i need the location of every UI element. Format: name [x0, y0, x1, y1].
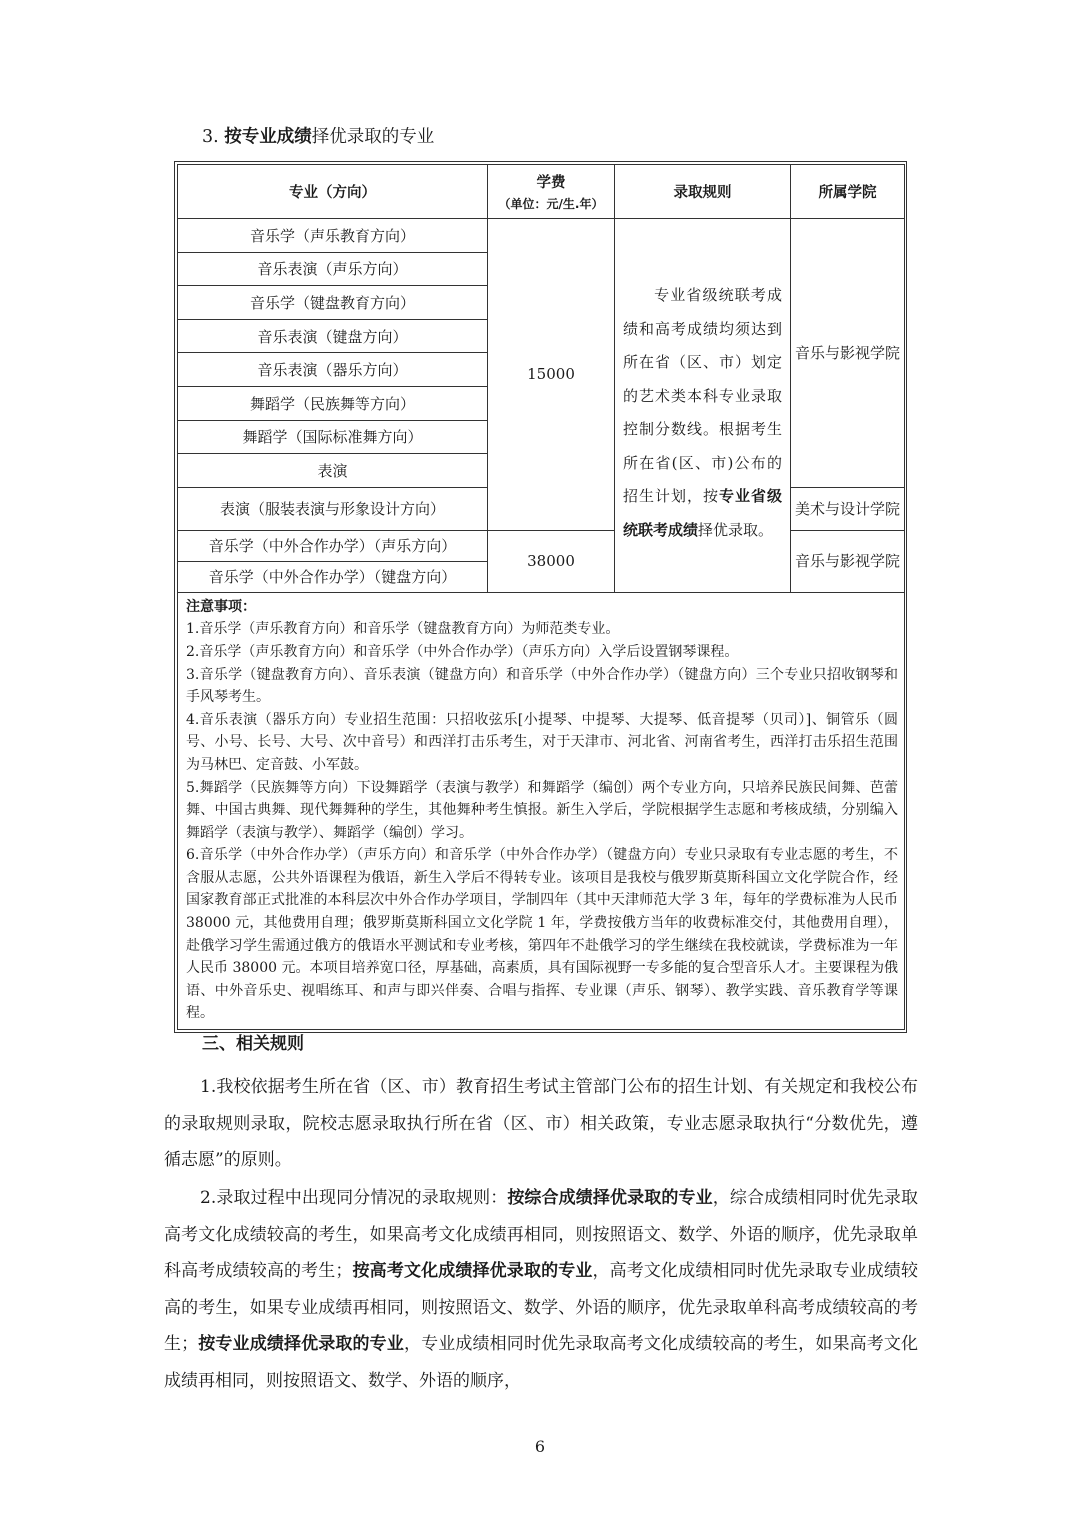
section-title-rest: 择优录取的专业 [312, 127, 435, 147]
major-cell: 舞蹈学（民族舞等方向） [178, 386, 488, 420]
note-item: 2.音乐学（声乐教育方向）和音乐学（中外合作办学）（声乐方向）入学后设置钢琴课程… [186, 641, 898, 664]
notes-row: 注意事项： 1.音乐学（声乐教育方向）和音乐学（键盘教育方向）为师范类专业。 2… [178, 592, 905, 1029]
header-fee-label: 学费 [537, 175, 566, 191]
rule-cell: 专业省级统联考成绩和高考成绩均须达到所在省（区、市）划定的艺术类本科专业录取控制… [615, 219, 791, 593]
major-cell: 音乐表演（键盘方向） [178, 319, 488, 353]
college-cell: 美术与设计学院 [791, 487, 905, 530]
admission-table: 专业（方向） 学费（单位：元/生.年） 录取规则 所属学院 音乐学（声乐教育方向… [177, 164, 905, 1030]
header-college: 所属学院 [791, 165, 905, 219]
note-item: 5.舞蹈学（民族舞等方向）下设舞蹈学（表演与教学）和舞蹈学（编创）两个专业方向，… [186, 777, 898, 845]
major-cell: 表演 [178, 454, 488, 488]
rules-paragraph-1: 1.我校依据考生所在省（区、市）教育招生考试主管部门公布的招生计划、有关规定和我… [164, 1069, 918, 1179]
rules-heading: 三、相关规则 [202, 1031, 304, 1057]
header-rule: 录取规则 [615, 165, 791, 219]
p2-bold-2: 按高考文化成绩择优录取的专业 [352, 1261, 592, 1281]
table-row: 音乐学（中外合作办学）（声乐方向） 38000 音乐与影视学院 [178, 530, 905, 561]
major-cell: 音乐学（中外合作办学）（键盘方向） [178, 561, 488, 592]
note-item: 4.音乐表演（器乐方向）专业招生范围：只招收弦乐[小提琴、中提琴、大提琴、低音提… [186, 709, 898, 777]
notes-heading: 注意事项： [186, 596, 898, 619]
college-cell: 音乐与影视学院 [791, 530, 905, 592]
table-header-row: 专业（方向） 学费（单位：元/生.年） 录取规则 所属学院 [178, 165, 905, 219]
rules-paragraph-2: 2.录取过程中出现同分情况的录取规则：按综合成绩择优录取的专业，综合成绩相同时优… [164, 1180, 918, 1399]
section-number: 3. [202, 127, 219, 147]
section-title: 3. 按专业成绩择优录取的专业 [202, 124, 434, 150]
fee-cell: 38000 [488, 530, 615, 592]
p2-text-1: 2.录取过程中出现同分情况的录取规则： [200, 1188, 507, 1208]
major-cell: 音乐表演（声乐方向） [178, 252, 488, 286]
notes-cell: 注意事项： 1.音乐学（声乐教育方向）和音乐学（键盘教育方向）为师范类专业。 2… [178, 592, 905, 1029]
major-cell: 音乐学（键盘教育方向） [178, 286, 488, 320]
rule-text-1: 专业省级统联考成绩和高考成绩均须达到所在省（区、市）划定的艺术类本科专业录取控制… [623, 286, 782, 505]
header-major: 专业（方向） [178, 165, 488, 219]
note-item: 6.音乐学（中外合作办学）（声乐方向）和音乐学（中外合作办学）（键盘方向）专业只… [186, 844, 898, 1025]
note-item: 1.音乐学（声乐教育方向）和音乐学（键盘教育方向）为师范类专业。 [186, 618, 898, 641]
p2-bold-1: 按综合成绩择优录取的专业 [507, 1188, 712, 1208]
header-fee: 学费（单位：元/生.年） [488, 165, 615, 219]
major-cell: 舞蹈学（国际标准舞方向） [178, 420, 488, 454]
p2-bold-3: 按专业成绩择优录取的专业 [198, 1334, 404, 1354]
admission-table-frame: 专业（方向） 学费（单位：元/生.年） 录取规则 所属学院 音乐学（声乐教育方向… [174, 161, 907, 1033]
college-cell: 音乐与影视学院 [791, 219, 905, 488]
header-fee-unit: （单位：元/生.年） [488, 195, 614, 212]
section-title-bold: 按专业成绩 [224, 127, 312, 147]
major-cell: 表演（服装表演与形象设计方向） [178, 487, 488, 530]
page-number: 6 [0, 1437, 1080, 1456]
major-cell: 音乐学（声乐教育方向） [178, 219, 488, 253]
major-cell: 音乐表演（器乐方向） [178, 353, 488, 387]
major-cell: 音乐学（中外合作办学）（声乐方向） [178, 530, 488, 561]
rule-text-2: 择优录取。 [698, 521, 773, 539]
note-item: 3.音乐学（键盘教育方向）、音乐表演（键盘方向）和音乐学（中外合作办学）（键盘方… [186, 664, 898, 709]
fee-cell: 15000 [488, 219, 615, 531]
table-row: 音乐学（声乐教育方向） 15000 专业省级统联考成绩和高考成绩均须达到所在省（… [178, 219, 905, 253]
